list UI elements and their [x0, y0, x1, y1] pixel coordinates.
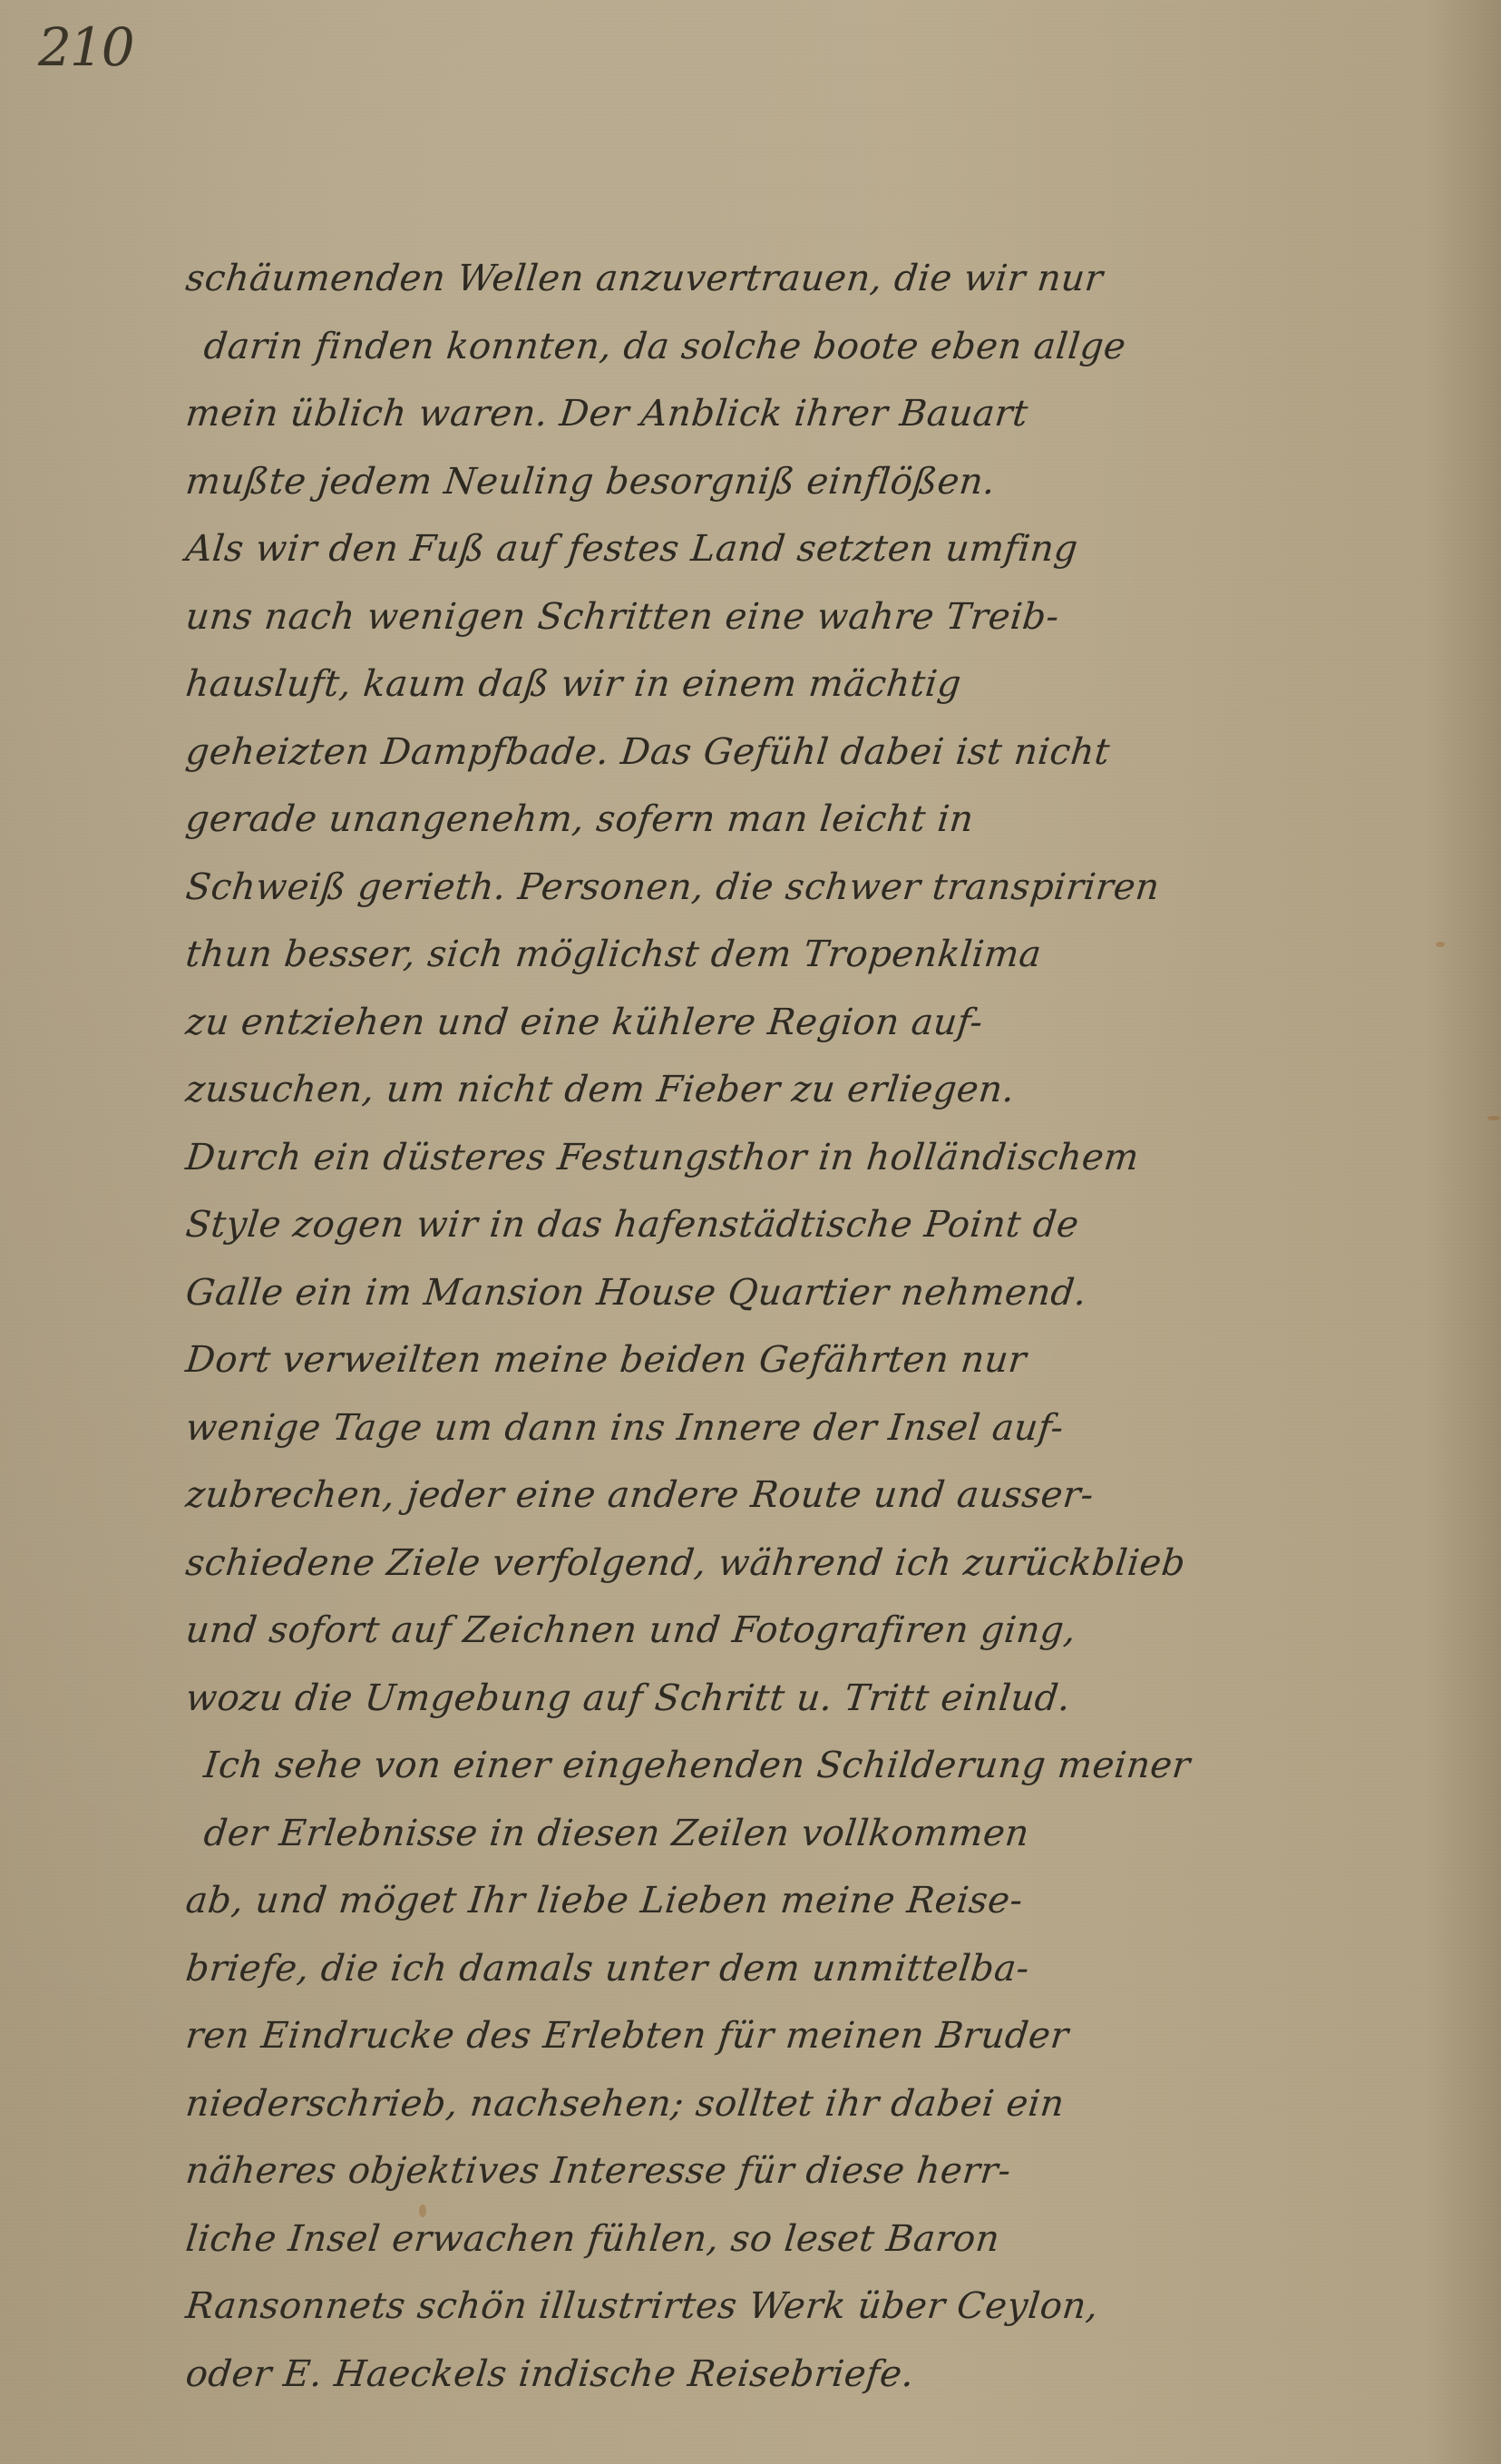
text-line: mußte jedem Neuling besorgniß einflößen. — [182, 448, 1396, 516]
text-line: Galle ein im Mansion House Quartier nehm… — [182, 1259, 1396, 1327]
handwritten-text-block: schäumenden Wellen anzuvertrauen, die wi… — [186, 245, 1392, 2408]
page-number: 210 — [38, 16, 133, 78]
manuscript-page: 210 schäumenden Wellen anzuvertrauen, di… — [0, 0, 1501, 2464]
text-line: Schweiß gerieth. Personen, die schwer tr… — [182, 854, 1396, 922]
text-line: Dort verweilten meine beiden Gefährten n… — [182, 1326, 1396, 1394]
text-line: zu entziehen und eine kühlere Region auf… — [182, 989, 1396, 1057]
text-line: und sofort auf Zeichnen und Fotografiren… — [182, 1597, 1396, 1665]
text-line: zusuchen, um nicht dem Fieber zu erliege… — [182, 1056, 1396, 1124]
text-line: zubrechen, jeder eine andere Route und a… — [182, 1462, 1396, 1530]
text-line: darin finden konnten, da solche boote eb… — [182, 313, 1396, 381]
text-line: oder E. Haeckels indische Reisebriefe. — [182, 2341, 1396, 2409]
text-line: der Erlebnisse in diesen Zeilen vollkomm… — [182, 1800, 1396, 1868]
paper-stain — [1487, 1116, 1500, 1120]
text-line: ren Eindrucke des Erlebten für meinen Br… — [182, 2002, 1396, 2070]
text-line: näheres objektives Interesse für diese h… — [182, 2137, 1396, 2205]
text-line: mein üblich waren. Der Anblick ihrer Bau… — [182, 380, 1396, 448]
text-line: gerade unangenehm, sofern man leicht in — [182, 786, 1396, 854]
text-line: thun besser, sich möglichst dem Tropenkl… — [182, 921, 1396, 989]
text-line: Style zogen wir in das hafenstädtische P… — [182, 1191, 1396, 1259]
text-line: wozu die Umgebung auf Schritt u. Tritt e… — [182, 1665, 1396, 1733]
text-line: liche Insel erwachen fühlen, so leset Ba… — [182, 2205, 1396, 2273]
text-line: briefe, die ich damals unter dem unmitte… — [182, 1935, 1396, 2003]
text-line: geheizten Dampfbade. Das Gefühl dabei is… — [182, 719, 1396, 787]
text-line: Durch ein düsteres Festungsthor in hollä… — [182, 1124, 1396, 1192]
text-line: wenige Tage um dann ins Innere der Insel… — [182, 1394, 1396, 1462]
text-line: schäumenden Wellen anzuvertrauen, die wi… — [182, 245, 1396, 313]
paper-stain — [1436, 942, 1445, 947]
text-line: niederschrieb, nachsehen; solltet ihr da… — [182, 2070, 1396, 2138]
text-line: ab, und möget Ihr liebe Lieben meine Rei… — [182, 1867, 1396, 1935]
paper-stain — [419, 2205, 426, 2217]
text-line: Ich sehe von einer eingehenden Schilderu… — [182, 1732, 1396, 1800]
text-line: uns nach wenigen Schritten eine wahre Tr… — [182, 583, 1396, 651]
text-line: schiedene Ziele verfolgend, während ich … — [182, 1530, 1396, 1598]
text-line: Ransonnets schön illustrirtes Werk über … — [182, 2273, 1396, 2341]
text-line: hausluft, kaum daß wir in einem mächtig — [182, 650, 1396, 719]
text-line: Als wir den Fuß auf festes Land setzten … — [182, 515, 1396, 583]
